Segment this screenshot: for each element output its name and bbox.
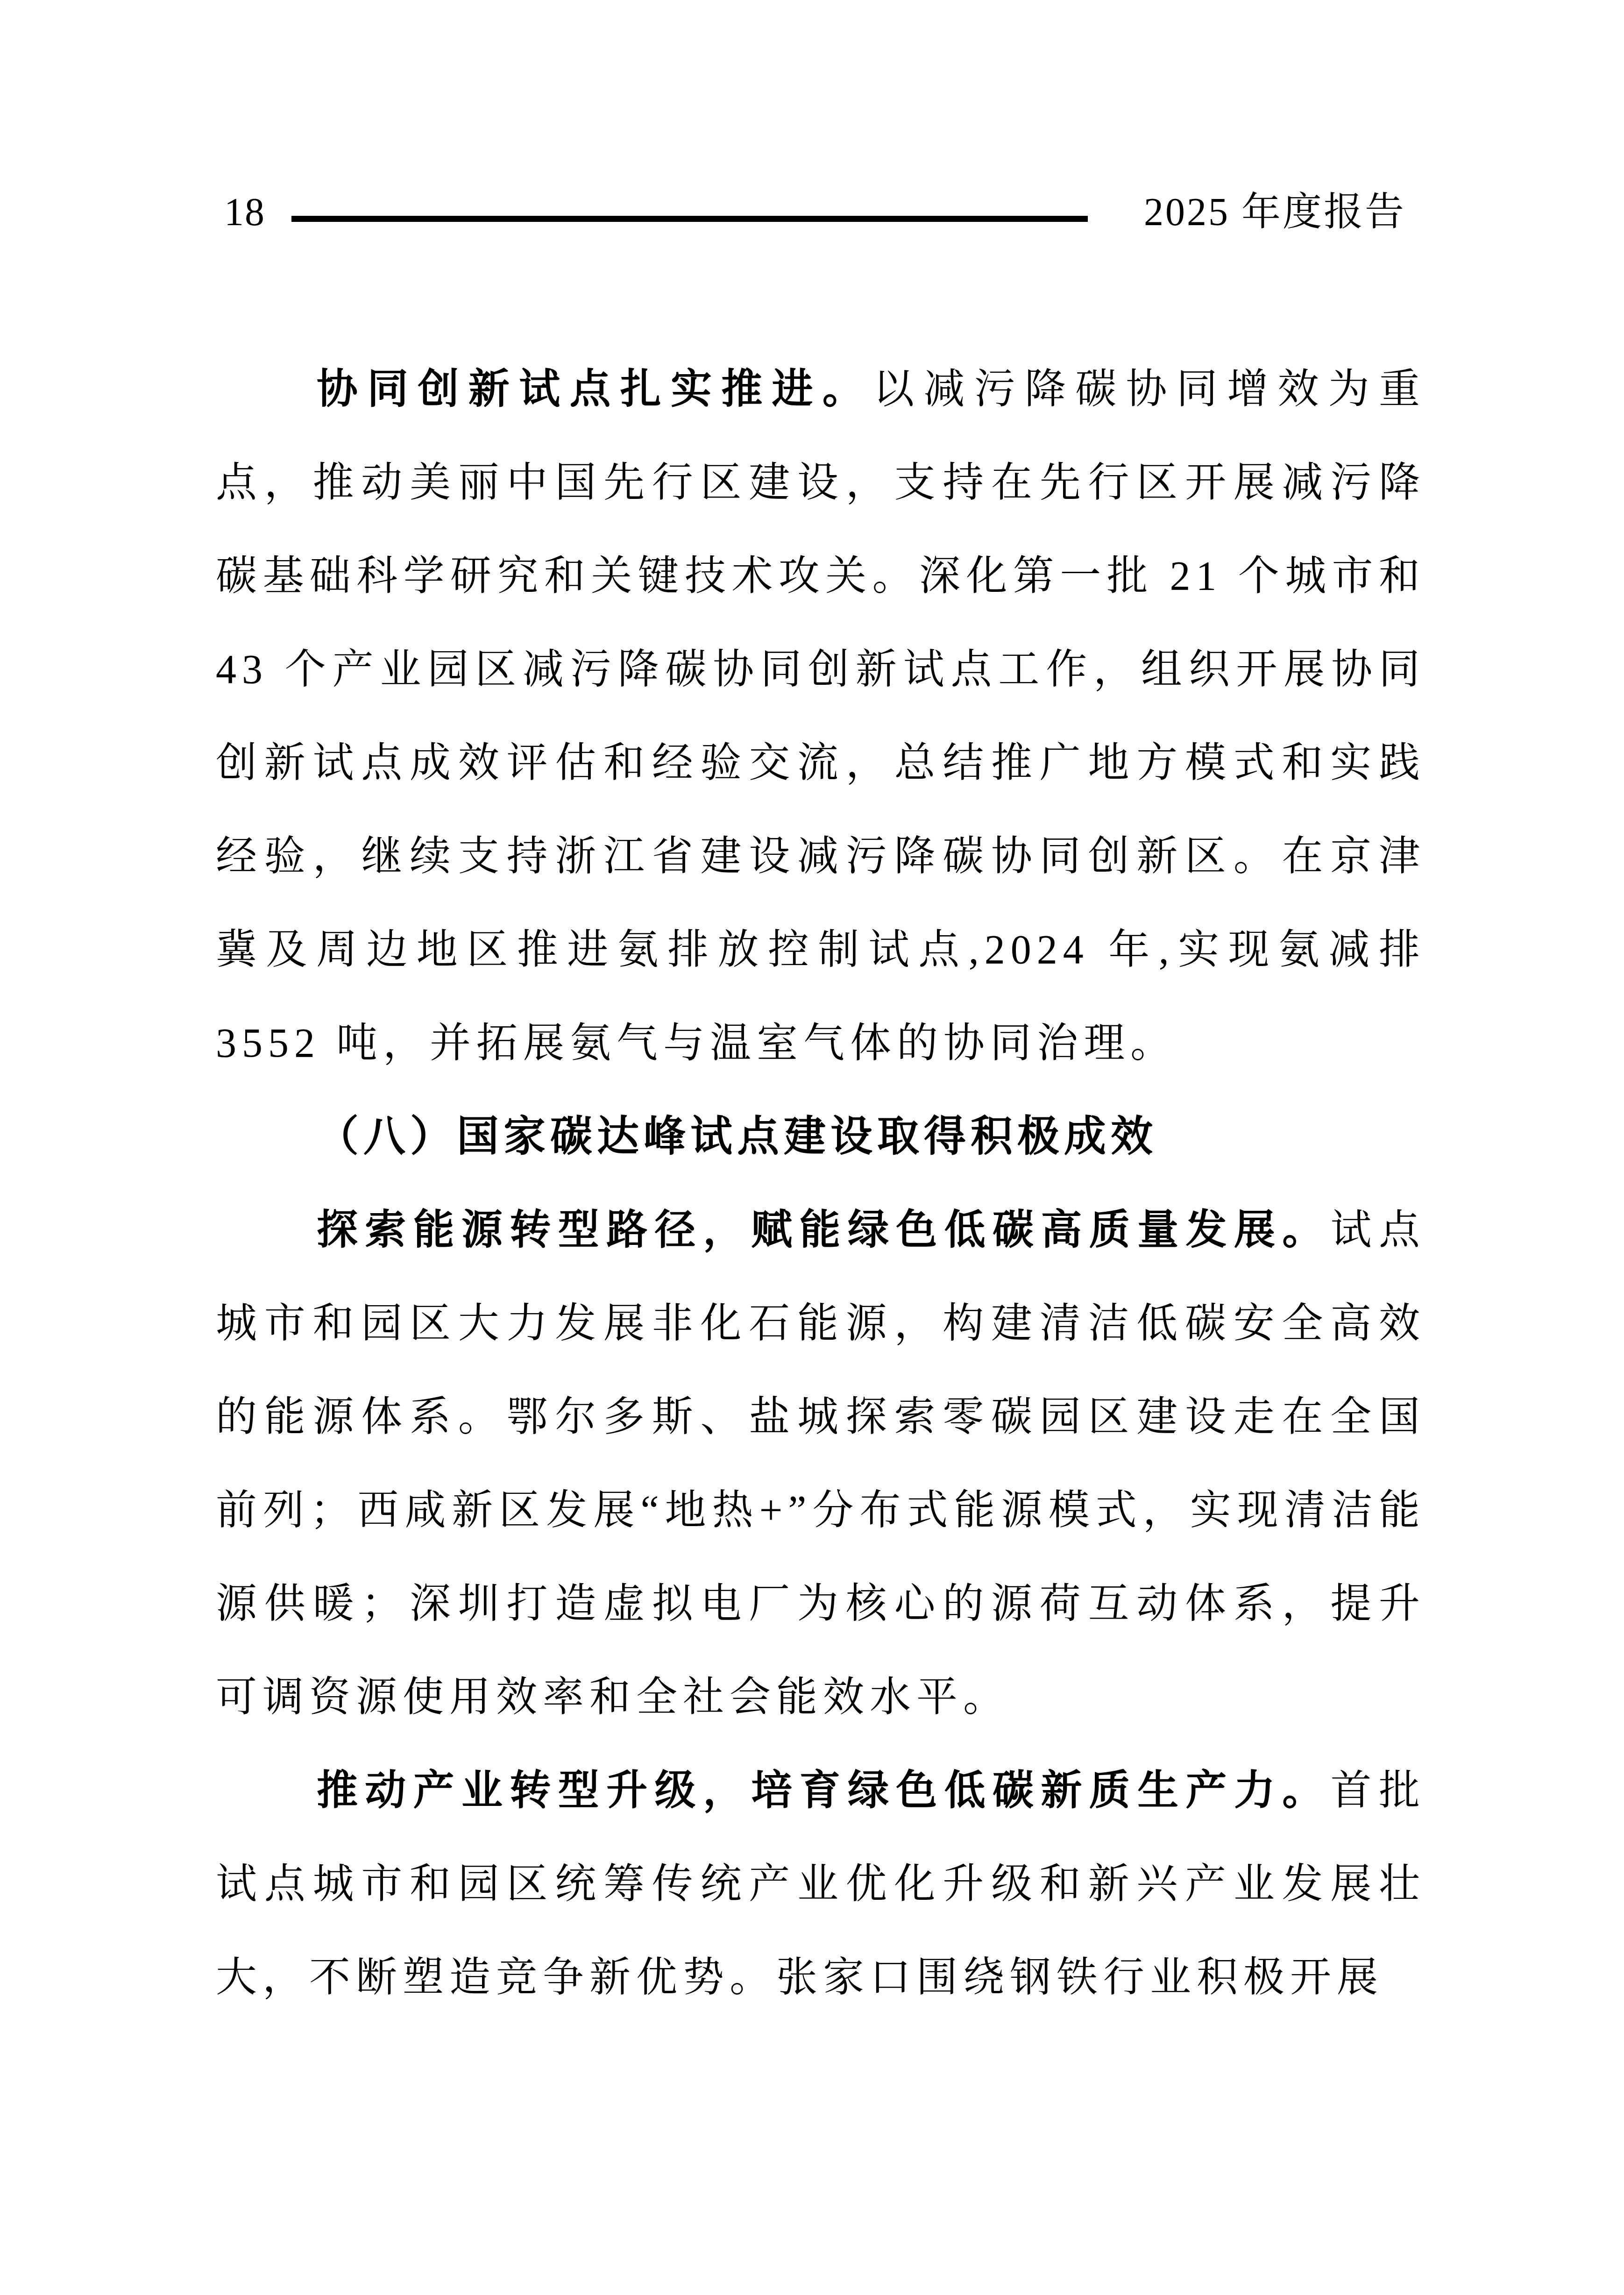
paragraph: 探索能源转型路径，赋能绿色低碳高质量发展。试点城市和园区大力发展非化石能源，构建… (216, 1184, 1425, 1744)
paragraph-text: 以减污降碳协同增效为重点，推动美丽中国先行区建设，支持在先行区开展减污降碳基础科… (216, 367, 1425, 1066)
page-body: 协同创新试点扎实推进。以减污降碳协同增效为重点，推动美丽中国先行区建设，支持在先… (216, 343, 1425, 2025)
header-rule (291, 216, 1088, 222)
paragraph-text: 试点城市和园区大力发展非化石能源，构建清洁低碳安全高效的能源体系。鄂尔多斯、盐城… (216, 1208, 1425, 1720)
page-header: 18 2025 年度报告 (224, 182, 1406, 243)
page-number: 18 (224, 182, 265, 243)
paragraph-lead: 协同创新试点扎实推进。 (317, 367, 873, 412)
section-heading: （八）国家碳达峰试点建设取得积极成效 (216, 1090, 1425, 1184)
report-page: 18 2025 年度报告 协同创新试点扎实推进。以减污降碳协同增效为重点，推动美… (0, 0, 1624, 2295)
paragraph-lead: 探索能源转型路径，赋能绿色低碳高质量发展。 (317, 1208, 1331, 1253)
paragraph: 协同创新试点扎实推进。以减污降碳协同增效为重点，推动美丽中国先行区建设，支持在先… (216, 343, 1425, 1090)
paragraph-lead: 推动产业转型升级，培育绿色低碳新质生产力。 (317, 1768, 1331, 1813)
paragraph: 推动产业转型升级，培育绿色低碳新质生产力。首批试点城市和园区统筹传统产业优化升级… (216, 1744, 1425, 2025)
header-report-title: 2025 年度报告 (1144, 182, 1406, 243)
